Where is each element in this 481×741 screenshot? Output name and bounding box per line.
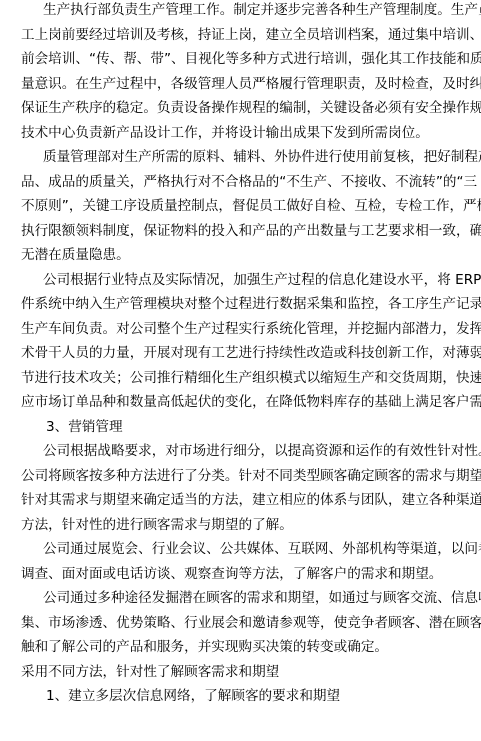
text-line: 生产车间负责。对公司整个生产过程实行系统化管理，并挖掘内部潜力，发挥技 bbox=[21, 319, 463, 339]
text-line: 应市场订单品种和数量高低起伏的变化，在降低物料库存的基础上满足客户需求。 bbox=[21, 392, 463, 412]
text-line: 针对其需求与期望来确定适当的方法，建立相应的体系与团队，建立各种渠道和 bbox=[21, 490, 463, 510]
document-page: 生产执行部负责生产管理工作。制定并逐步完善各种生产管理制度。生产员工上岗前要经过… bbox=[0, 0, 481, 741]
text-line: 节进行技术攻关；公司推行精细化生产组织模式以缩短生产和交货周期，快速适 bbox=[21, 368, 463, 388]
text-line: 工上岗前要经过培训及考核，持证上岗，建立全员培训档案，通过集中培训、班 bbox=[21, 25, 463, 45]
text-line: 公司根据行业特点及实际情况，加强生产过程的信息化建设水平，将 ERP 软 bbox=[43, 270, 463, 290]
text-line: 质量管理部对生产所需的原料、辅料、外协件进行使用前复核，把好制程产 bbox=[43, 147, 463, 167]
text-line: 调查、面对面或电话访谈、观察查询等方法，了解客户的需求和期望。 bbox=[21, 564, 463, 584]
text-line: 技术中心负责新产品设计工作，并将设计输出成果下发到所需岗位。 bbox=[21, 123, 463, 143]
text-line: 不原则”，关键工序设质量控制点，督促员工做好自检、互检，专检工作，严格 bbox=[21, 196, 463, 216]
text-line: 生产执行部负责生产管理工作。制定并逐步完善各种生产管理制度。生产员 bbox=[43, 0, 463, 20]
section-heading: 3、营销管理 bbox=[46, 417, 123, 437]
text-line: 量意识。在生产过程中，各级管理人员严格履行管理职责，及时检查，及时纠错， bbox=[21, 74, 463, 94]
text-line: 公司通过展览会、行业会议、公共媒体、互联网、外部机构等渠道，以问卷 bbox=[43, 539, 463, 559]
text-line: 公司通过多种途径发掘潜在顾客的需求和期望，如通过与顾客交流、信息收 bbox=[43, 588, 463, 608]
text-line: 术骨干人员的力量，开展对现有工艺进行持续性改造或科技创新工作，对薄弱环 bbox=[21, 343, 463, 363]
text-line: 前会培训、“传、帮、带”、目视化等多种方式进行培训，强化其工作技能和质 bbox=[21, 49, 463, 69]
section-heading: 1、建立多层次信息网络，了解顾客的要求和期望 bbox=[46, 686, 340, 706]
text-line: 公司根据战略要求，对市场进行细分，以提高资源和运作的有效性针对性。 bbox=[43, 441, 463, 461]
text-line: 集、市场渗透、优势策略、行业展会和邀请参观等，使竞争者顾客、潜在顾客接 bbox=[21, 613, 463, 633]
text-line: 方法，针对性的进行顾客需求与期望的了解。 bbox=[21, 515, 463, 535]
text-line: 执行限额领料制度，保证物料的投入和产品的产出数量与工艺要求相一致，确认 bbox=[21, 221, 463, 241]
text-line: 采用不同方法，针对性了解顾客需求和期望 bbox=[21, 662, 463, 682]
text-line: 触和了解公司的产品和服务，并实现购买决策的转变或确定。 bbox=[21, 637, 463, 657]
text-line: 无潜在质量隐患。 bbox=[21, 245, 463, 265]
text-line: 公司将顾客按多种方法进行了分类。针对不同类型顾客确定顾客的需求与期望， bbox=[21, 466, 463, 486]
text-line: 件系统中纳入生产管理模块对整个过程进行数据采集和监控，各工序生产记录由 bbox=[21, 294, 463, 314]
text-line: 品、成品的质量关，严格执行对不合格品的“不生产、不接收、不流转”的“三 bbox=[21, 172, 463, 192]
text-line: 保证生产秩序的稳定。负责设备操作规程的编制，关键设备必须有安全操作规程。 bbox=[21, 98, 463, 118]
